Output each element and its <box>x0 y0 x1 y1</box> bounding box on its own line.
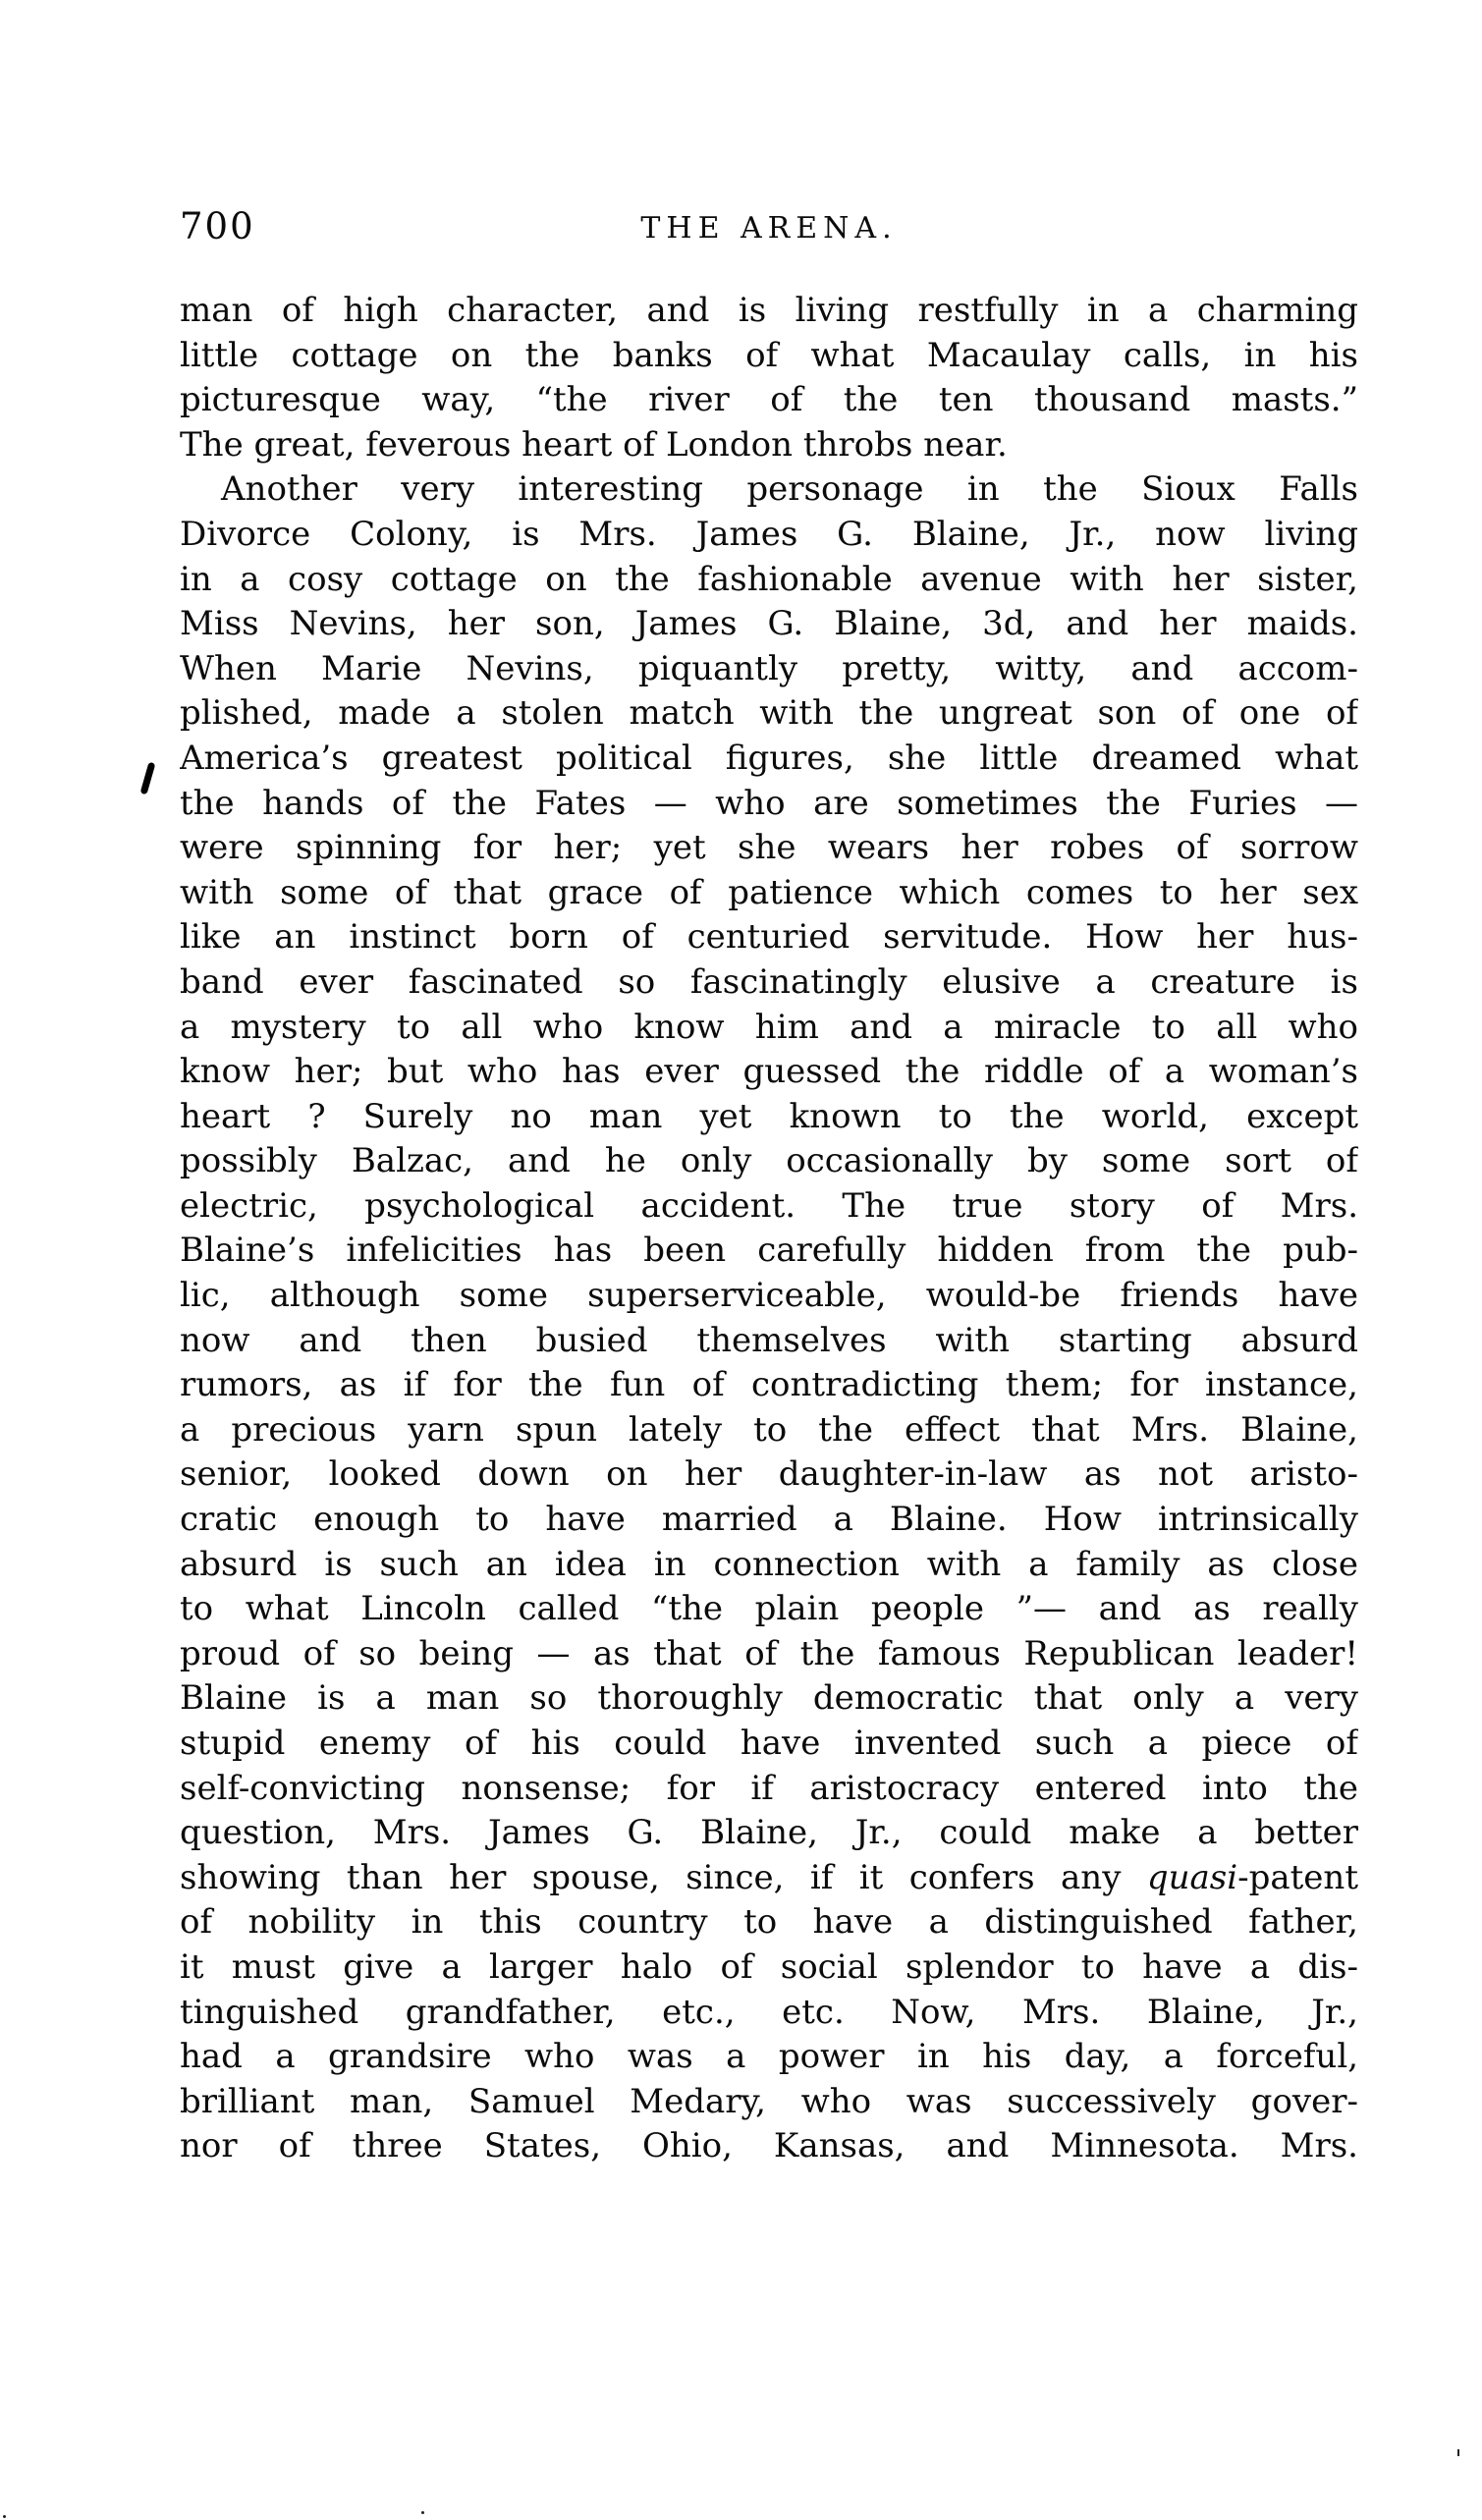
text-line: had a grandsire who was a power in his d… <box>180 2035 1358 2080</box>
text-line: The great, feverous heart of London thro… <box>180 423 1358 468</box>
text-line: picturesque way, “the river of the ten t… <box>180 378 1358 423</box>
text-line: Divorce Colony, is Mrs. James G. Blaine,… <box>180 513 1358 558</box>
text-line: man of high character, and is living res… <box>180 289 1358 334</box>
text-line: know her; but who has ever guessed the r… <box>180 1050 1358 1095</box>
text-line: of nobility in this country to have a di… <box>180 1900 1358 1945</box>
text-line: rumors, as if for the fun of contradicti… <box>180 1363 1358 1408</box>
text-line: Miss Nevins, her son, James G. Blaine, 3… <box>180 602 1358 647</box>
text-line: the hands of the Fates — who are sometim… <box>180 782 1358 827</box>
text-line: America’s greatest political figures, sh… <box>180 737 1358 782</box>
book-page: 700 THE ARENA. man of high character, an… <box>0 0 1482 2520</box>
text-line: it must give a larger halo of social spl… <box>180 1945 1358 1991</box>
text-line: with some of that grace of patience whic… <box>180 871 1358 916</box>
text-line: brilliant man, Samuel Medary, who was su… <box>180 2080 1358 2125</box>
text-line: a mystery to all who know him and a mira… <box>180 1006 1358 1051</box>
text-line: Another very interesting personage in th… <box>180 467 1358 513</box>
text-line: electric, psychological accident. The tr… <box>180 1184 1358 1230</box>
text-line: heart ? Surely no man yet known to the w… <box>180 1095 1358 1140</box>
text-line: lic, although some superserviceable, wou… <box>180 1274 1358 1319</box>
text-line: like an instinct born of centuried servi… <box>180 915 1358 960</box>
journal-title: THE ARENA. <box>180 210 1358 247</box>
text-block: man of high character, and is living res… <box>180 289 1358 2169</box>
text-line: Blaine’s infelicities has been carefully… <box>180 1229 1358 1274</box>
text-line: self-convicting nonsense; for if aristoc… <box>180 1767 1358 1812</box>
text-line: cratic enough to have married a Blaine. … <box>180 1498 1358 1543</box>
text-line: nor of three States, Ohio, Kansas, and M… <box>180 2124 1358 2169</box>
margin-ink-mark <box>140 762 156 795</box>
scan-speck <box>3 2515 6 2518</box>
text-line: possibly Balzac, and he only occasionall… <box>180 1139 1358 1184</box>
text-line: Blaine is a man so thoroughly democratic… <box>180 1676 1358 1722</box>
text-line: stupid enemy of his could have invented … <box>180 1722 1358 1767</box>
scan-speck <box>421 2511 424 2514</box>
text-line: to what Lincoln called “the plain people… <box>180 1587 1358 1632</box>
scan-speck <box>1457 2449 1459 2456</box>
paragraph: man of high character, and is living res… <box>180 289 1358 467</box>
paragraph: Another very interesting personage in th… <box>180 467 1358 2169</box>
text-line: question, Mrs. James G. Blaine, Jr., cou… <box>180 1811 1358 1856</box>
page-header: 700 THE ARENA. <box>180 206 1358 247</box>
text-line: showing than her spouse, since, if it co… <box>180 1856 1358 1901</box>
text-line: now and then busied themselves with star… <box>180 1319 1358 1364</box>
text-line: in a cosy cottage on the fashionable ave… <box>180 558 1358 603</box>
text-line: senior, looked down on her daughter-in-l… <box>180 1452 1358 1498</box>
text-line: band ever fascinated so fascinatingly el… <box>180 960 1358 1006</box>
text-line: little cottage on the banks of what Maca… <box>180 334 1358 379</box>
text-line: a precious yarn spun lately to the effec… <box>180 1408 1358 1453</box>
text-line: When Marie Nevins, piquantly pretty, wit… <box>180 647 1358 692</box>
text-line: plished, made a stolen match with the un… <box>180 691 1358 737</box>
text-line: proud of so being — as that of the famou… <box>180 1632 1358 1677</box>
text-line: absurd is such an idea in connection wit… <box>180 1543 1358 1588</box>
text-line: tinguished grandfather, etc., etc. Now, … <box>180 1991 1358 2036</box>
text-line: were spinning for her; yet she wears her… <box>180 826 1358 871</box>
